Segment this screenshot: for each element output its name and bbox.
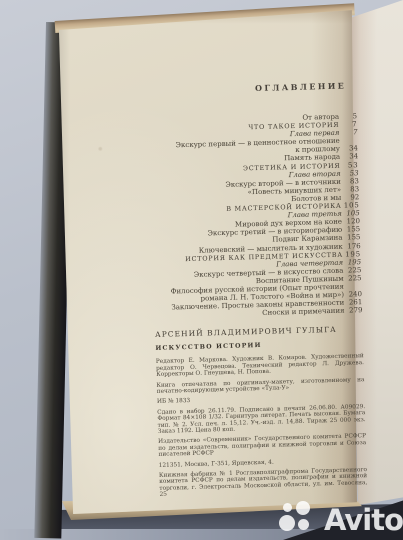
colophon-paragraph: Издательство «Современник» Государственн… <box>158 434 366 459</box>
page-content: ОГЛАВЛЕНИЕ От автора5ЧТО ТАКОЕ ИСТОРИЯ7Г… <box>78 74 368 504</box>
logo-circle-top-right <box>296 501 310 515</box>
avito-watermark: Avito <box>277 501 403 535</box>
avito-logo-icon <box>277 501 321 535</box>
avito-wordmark: Avito <box>324 505 403 535</box>
logo-circle-bottom-right <box>298 519 309 530</box>
colophon-paragraph: Книжная фабрика № 1 Росглавполиграфпрома… <box>159 467 368 498</box>
toc-entry-page-number: 7 <box>339 128 357 137</box>
logo-circle-bottom-left <box>279 515 295 531</box>
toc-title: ОГЛАВЛЕНИЕ <box>78 81 346 98</box>
author-block: АРСЕНИЙ ВЛАДИМИРОВИЧ ГУЛЫГА ИСКУССТВО ИС… <box>155 324 364 352</box>
toc-entry-page-number <box>344 288 362 289</box>
colophon: Редактор Е. Маркова. Художник В. Комаров… <box>156 353 368 498</box>
colophon-paragraph: Редактор Е. Маркова. Художник В. Комаров… <box>156 353 364 378</box>
author-name: АРСЕНИЙ ВЛАДИМИРОВИЧ ГУЛЫГА <box>155 324 363 339</box>
toc-entry-page-number: 279 <box>344 306 362 315</box>
logo-circle-small <box>283 503 292 512</box>
book-photo: ОГЛАВЛЕНИЕ От автора5ЧТО ТАКОЕ ИСТОРИЯ7Г… <box>0 0 403 540</box>
colophon-paragraph: Книга отпечатана по оригиналу-макету, из… <box>156 377 364 396</box>
colophon-paragraph: Сдано в набор 26.11.79. Подписано в печа… <box>157 404 366 435</box>
toc-entry-page-number <box>340 142 358 143</box>
toc-list: От автора5ЧТО ТАКОЕ ИСТОРИЯ7Глава первая… <box>79 112 363 322</box>
book-title: ИСКУССТВО ИСТОРИИ <box>155 339 363 352</box>
toc-entry-page-number: 225 <box>343 274 361 283</box>
